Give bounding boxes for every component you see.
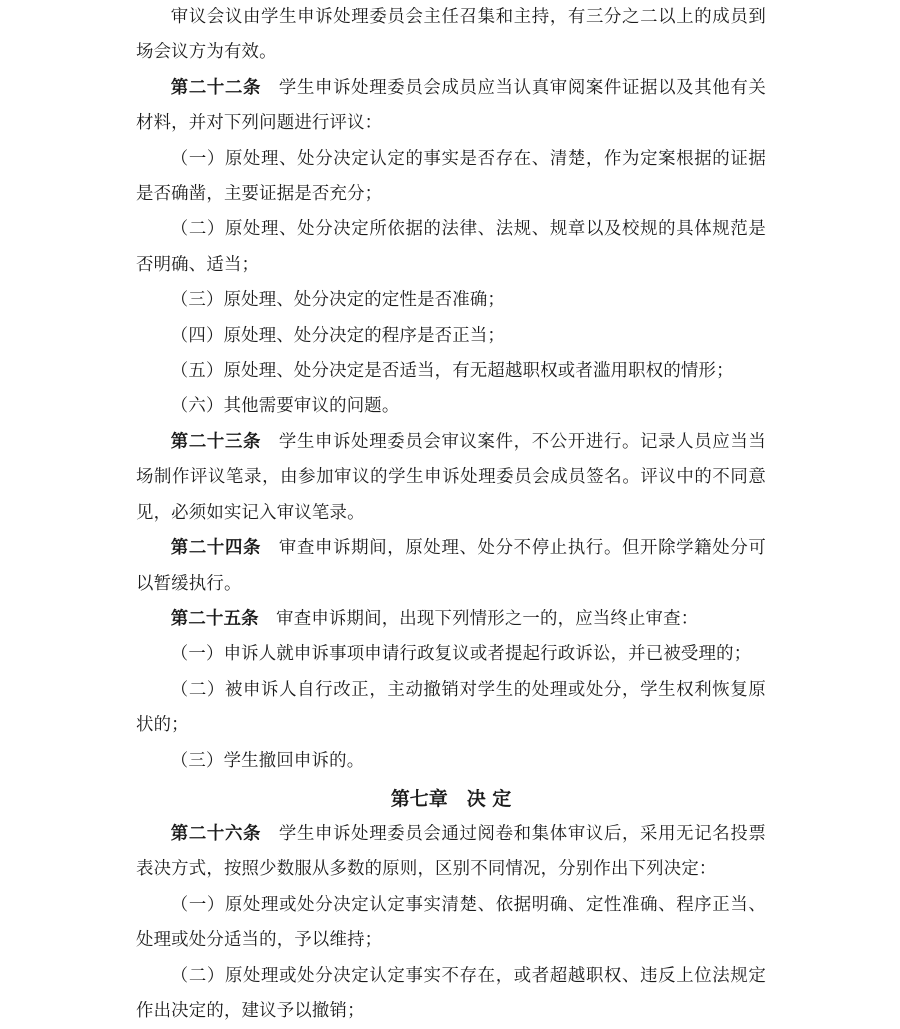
paragraph-meeting-quorum: 审议会议由学生申诉处理委员会主任召集和主持，有三分之二以上的成员到场会议方为有效… bbox=[136, 0, 766, 71]
list-item: （一）原处理或处分决定认定事实清楚、依据明确、定性准确、程序正当、处理或处分适当… bbox=[136, 888, 766, 959]
article-25: 第二十五条审查申诉期间，出现下列情形之一的，应当终止审查： bbox=[136, 602, 766, 637]
article-26: 第二十六条学生申诉处理委员会通过阅卷和集体审议后，采用无记名投票表决方式，按照少… bbox=[136, 817, 766, 888]
list-item: （一）原处理、处分决定认定的事实是否存在、清楚，作为定案根据的证据是否确凿，主要… bbox=[136, 142, 766, 213]
article-23: 第二十三条学生申诉处理委员会审议案件，不公开进行。记录人员应当当场制作评议笔录，… bbox=[136, 425, 766, 531]
article-24: 第二十四条审查申诉期间，原处理、处分不停止执行。但开除学籍处分可以暂缓执行。 bbox=[136, 531, 766, 602]
article-label: 第二十六条 bbox=[171, 824, 261, 844]
article-label: 第二十五条 bbox=[171, 609, 259, 629]
article-label: 第二十三条 bbox=[171, 432, 261, 452]
list-item: （三）学生撤回申诉的。 bbox=[136, 744, 766, 779]
document-page: 审议会议由学生申诉处理委员会主任召集和主持，有三分之二以上的成员到场会议方为有效… bbox=[136, 0, 766, 1029]
chapter-heading: 第七章 决 定 bbox=[136, 779, 766, 817]
article-text: 审查申诉期间，出现下列情形之一的，应当终止审查： bbox=[276, 609, 698, 629]
list-item: （四）原处理、处分决定的程序是否正当； bbox=[136, 319, 766, 354]
article-label: 第二十二条 bbox=[171, 78, 261, 98]
list-item: （一）申诉人就申诉事项申请行政复议或者提起行政诉讼，并已被受理的； bbox=[136, 637, 766, 672]
article-label: 第二十四条 bbox=[171, 538, 261, 558]
article-22: 第二十二条学生申诉处理委员会成员应当认真审阅案件证据以及其他有关材料，并对下列问… bbox=[136, 71, 766, 142]
list-item: （二）原处理或处分决定认定事实不存在，或者超越职权、违反上位法规定作出决定的，建… bbox=[136, 959, 766, 1029]
list-item: （三）原处理、处分决定的定性是否准确； bbox=[136, 283, 766, 318]
list-item: （五）原处理、处分决定是否适当，有无超越职权或者滥用职权的情形； bbox=[136, 354, 766, 389]
list-item: （二）被申诉人自行改正，主动撤销对学生的处理或处分，学生权利恢复原状的； bbox=[136, 673, 766, 744]
list-item: （二）原处理、处分决定所依据的法律、法规、规章以及校规的具体规范是否明确、适当； bbox=[136, 212, 766, 283]
list-item: （六）其他需要审议的问题。 bbox=[136, 389, 766, 424]
